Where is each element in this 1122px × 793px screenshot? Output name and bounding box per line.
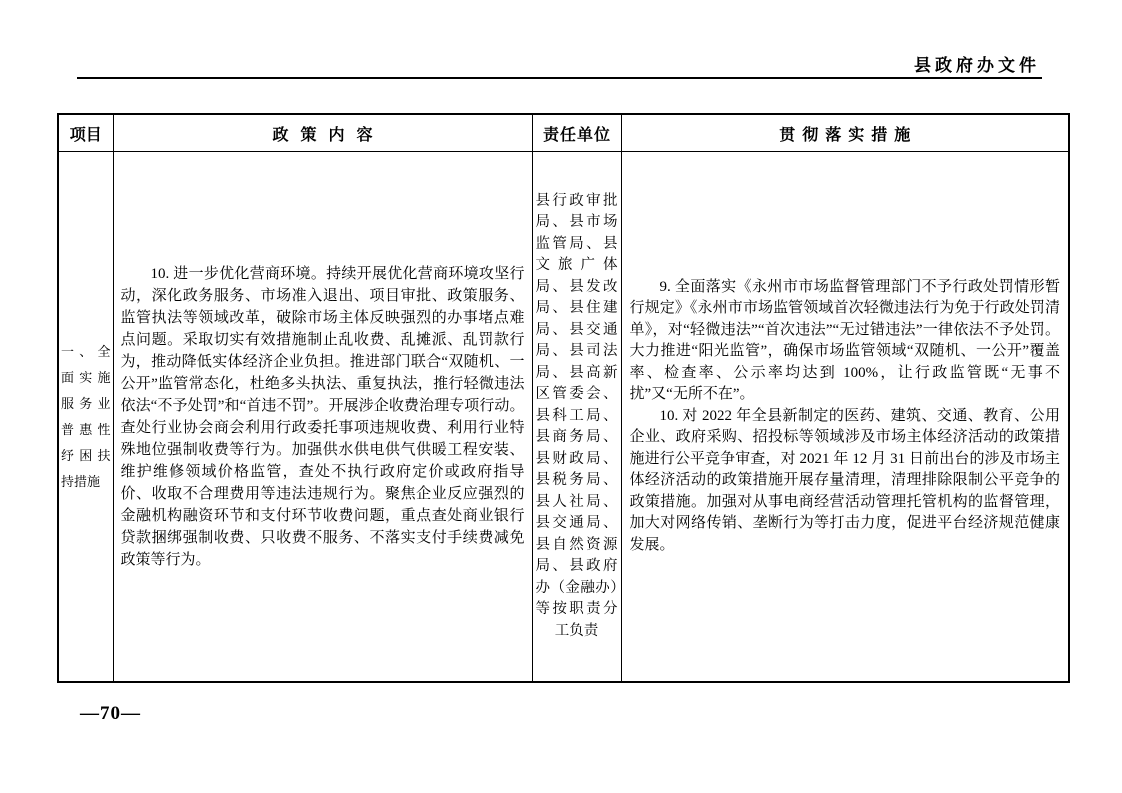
table-header-row: 项目 政策内容 责任单位 贯彻落实措施	[58, 114, 1069, 152]
col-header-unit: 责任单位	[532, 114, 621, 152]
policy-table: 项目 政策内容 责任单位 贯彻落实措施 一、全面实施服务业普惠性纾困扶持措施 1…	[57, 113, 1070, 683]
measures-paragraph-2: 10. 对 2022 年全县新制定的医药、建筑、交通、教育、公用企业、政府采购、…	[630, 406, 1061, 557]
col-header-measures: 贯彻落实措施	[621, 114, 1069, 152]
doc-type-label: 县政府办文件	[914, 51, 1040, 76]
col-header-policy: 政策内容	[113, 114, 532, 152]
unit-text: 县行政审批局、县市场监管局、县文旅广体局、县发改局、县住建局、县交通局、县司法局…	[536, 191, 618, 643]
col-header-item: 项目	[58, 114, 113, 152]
cell-measures: 9. 全面落实《永州市市场监督管理部门不予行政处罚情形暂行规定》《永州市市场监管…	[621, 152, 1069, 683]
item-text: 一、全面实施服务业普惠性纾困扶持措施	[61, 339, 111, 495]
cell-item: 一、全面实施服务业普惠性纾困扶持措施	[58, 152, 113, 683]
table-row: 一、全面实施服务业普惠性纾困扶持措施 10. 进一步优化营商环境。持续开展优化营…	[58, 152, 1069, 683]
policy-text: 10. 进一步优化营商环境。持续开展优化营商环境攻坚行动，深化政务服务、市场准入…	[121, 263, 525, 571]
document-page: 县政府办文件 项目 政策内容 责任单位 贯彻落实措施 一、全面实施服务业普惠性纾…	[0, 0, 1122, 793]
measures-paragraph-1: 9. 全面落实《永州市市场监督管理部门不予行政处罚情形暂行规定》《永州市市场监管…	[630, 277, 1061, 406]
page-number: —70—	[80, 703, 141, 725]
header-rule	[77, 77, 1042, 79]
cell-policy: 10. 进一步优化营商环境。持续开展优化营商环境攻坚行动，深化政务服务、市场准入…	[113, 152, 532, 683]
cell-unit: 县行政审批局、县市场监管局、县文旅广体局、县发改局、县住建局、县交通局、县司法局…	[532, 152, 621, 683]
